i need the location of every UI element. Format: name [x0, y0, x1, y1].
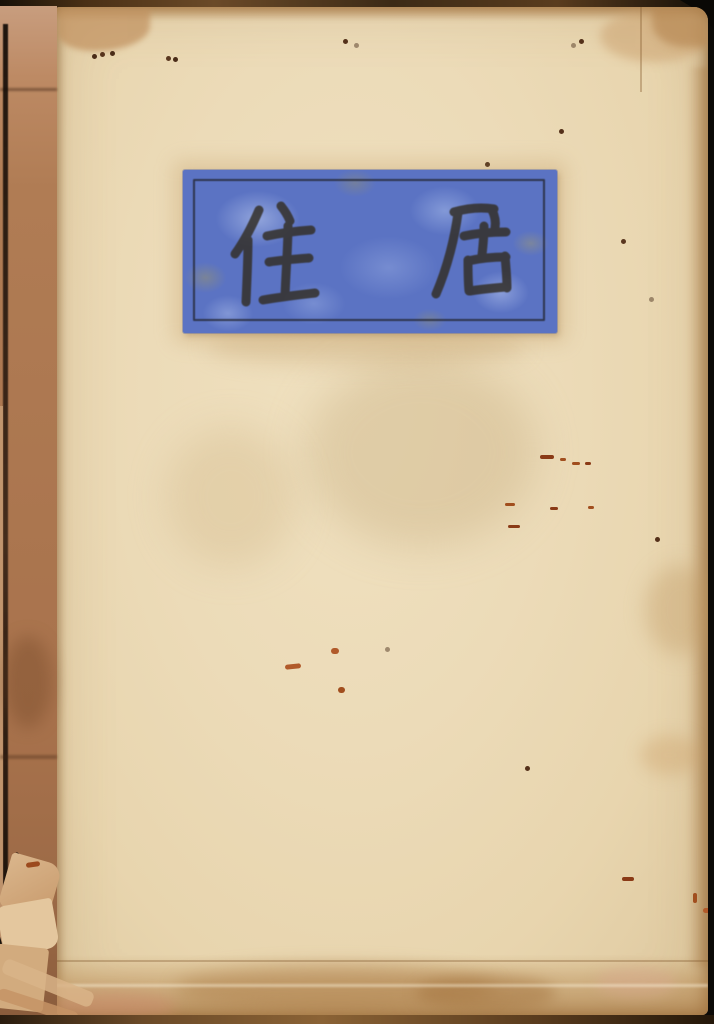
- stain: [596, 967, 676, 997]
- crease-line: [640, 7, 642, 92]
- foxing-spot: [338, 687, 345, 693]
- stain: [166, 427, 296, 567]
- foxing-spot: [505, 503, 515, 506]
- foxing-spot: [508, 525, 520, 528]
- foxing-spot: [285, 663, 301, 670]
- kanji-left-icon: 住: [219, 204, 323, 326]
- stain: [640, 735, 700, 775]
- scanned-book-cover: 住 居: [0, 0, 714, 1024]
- kanji-right-icon: 居: [430, 200, 522, 312]
- crease-line: [56, 960, 708, 962]
- foxing-spot: [588, 506, 594, 509]
- stain: [56, 7, 708, 21]
- spine-crease-line: [0, 755, 57, 759]
- foxing-spot: [560, 458, 566, 461]
- spine-fold-line: [0, 88, 57, 91]
- foxing-spot: [585, 462, 591, 465]
- book-bottom-edge: [0, 1015, 714, 1024]
- spine-stain: [4, 636, 52, 728]
- stain: [306, 357, 536, 547]
- foxing-spot: [703, 908, 708, 913]
- crease-line: [56, 984, 708, 987]
- stain: [652, 7, 708, 47]
- stain: [176, 965, 496, 1011]
- spine-edge-sliver: [0, 406, 3, 946]
- book-front-cover: 住 居: [56, 7, 708, 1015]
- foxing-spot: [622, 877, 634, 881]
- foxing-spot: [540, 455, 554, 459]
- foxing-spot: [331, 648, 339, 654]
- stain: [416, 975, 556, 1011]
- foxing-spot: [550, 507, 558, 510]
- spine-groove-line: [3, 24, 8, 962]
- stain: [600, 10, 708, 62]
- stain: [645, 565, 708, 655]
- title-label: 住 居: [183, 170, 557, 333]
- stain: [58, 9, 150, 51]
- book-spine: [0, 6, 57, 1018]
- foxing-spot: [572, 462, 580, 465]
- stain: [686, 67, 708, 967]
- foxing-spot: [693, 893, 697, 903]
